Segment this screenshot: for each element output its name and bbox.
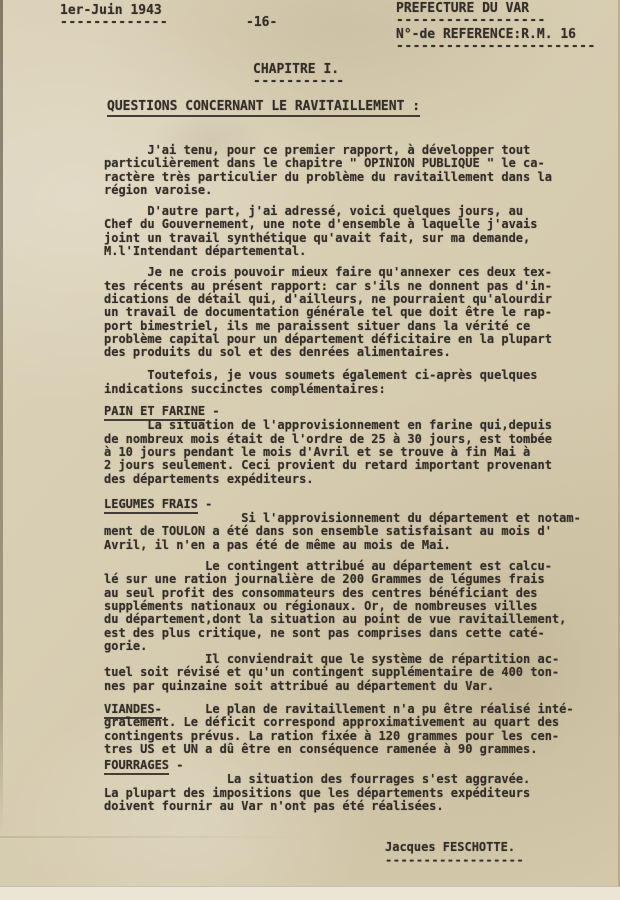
- header-reference-rule: ------------------------: [396, 43, 596, 51]
- document-body: J'ai tenu, pour ce premier rapport, à dé…: [104, 144, 604, 864]
- paragraph-intro-3: Je ne crois pouvoir mieux faire qu'annex…: [104, 266, 604, 359]
- paragraph-legumes-1: Si l'approvisionnement du département et…: [104, 512, 604, 552]
- paragraph-fourrages: La situation des fourrages s'est aggravé…: [104, 773, 604, 813]
- heading-pain-et-farine: PAIN ET FARINE -: [104, 405, 604, 418]
- signature-block: Jacques FESCHOTTE. ------------------: [385, 841, 604, 864]
- scan-edge-bottom: [0, 886, 620, 900]
- heading-fourrages: FOURRAGES -: [104, 759, 604, 772]
- page-number: -16-: [246, 15, 277, 30]
- paragraph-legumes-3: Il conviendrait que le système de répart…: [104, 653, 604, 693]
- scan-edge-left: [0, 0, 3, 835]
- signature-rule: ------------------: [385, 856, 604, 864]
- header-date-block: 1er-Juin 1943 -------------: [60, 4, 168, 27]
- paragraph-viandes: VIANDES- Le plan de ravitaillement n'a p…: [104, 703, 604, 756]
- header-reference-block: PREFECTURE DU VAR ------------------ N°-…: [396, 2, 596, 54]
- paragraph-pain-et-farine: La situation de l'approvisionnement en f…: [104, 419, 604, 485]
- paragraph-intro-2: D'autre part, j'ai adressé, voici quelqu…: [104, 205, 604, 258]
- paragraph-intro-1: J'ai tenu, pour ce premier rapport, à dé…: [104, 144, 604, 197]
- header-office-rule: ------------------: [396, 17, 596, 25]
- paragraph-intro-4: Toutefois, je vous soumets également ci-…: [104, 369, 604, 396]
- paragraph-legumes-2: Le contingent attribué au département es…: [104, 560, 604, 653]
- chapter-title-block: CHAPITRE I. -----------: [253, 63, 345, 86]
- header-date-rule: -------------: [60, 19, 168, 27]
- chapter-title-rule: -----------: [253, 78, 345, 86]
- section-title: QUESTIONS CONCERNANT LE RAVITAILLEMENT :: [107, 99, 420, 114]
- heading-legumes-frais: LEGUMES FRAIS -: [104, 498, 604, 511]
